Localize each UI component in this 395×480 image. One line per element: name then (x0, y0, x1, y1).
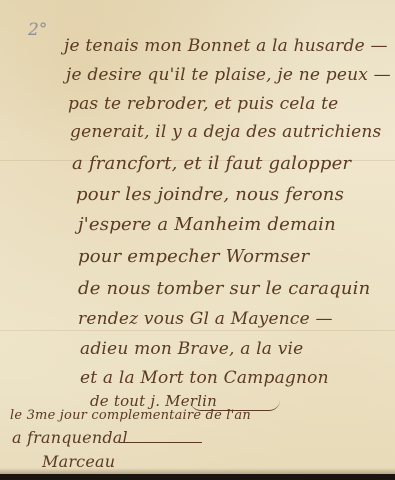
letter-line: je desire qu'il te plaise, je ne peux — (66, 65, 391, 85)
letter-line: pour les joindre, nous ferons (76, 184, 344, 205)
pencil-page-number: 2° (28, 20, 47, 40)
letter-line: pas te rebroder, et puis cela te (68, 94, 338, 114)
paper-crease (0, 330, 395, 331)
letter-line: j'espere a Manheim demain (78, 214, 336, 235)
letter-line: je tenais mon Bonnet a la husarde — (64, 36, 388, 56)
letter-line: pour empecher Wormser (78, 246, 309, 267)
letter-line: et a la Mort ton Campagnon (80, 368, 329, 388)
letter-page: 2° je tenais mon Bonnet a la husarde — j… (0, 0, 395, 474)
letter-line: generait, il y a deja des autrichiens (70, 122, 381, 142)
date-line: le 3me jour complementaire de l'an (10, 408, 251, 423)
letter-line: a francfort, et il faut galopper (72, 153, 351, 174)
letter-line: de nous tomber sur le caraquin (78, 278, 370, 299)
place-underline (120, 442, 202, 443)
signature: Marceau (42, 452, 115, 471)
letter-line: rendez vous Gl a Mayence — (78, 309, 333, 329)
place-line: a franquendal (12, 428, 128, 447)
letter-line: adieu mon Brave, a la vie (80, 339, 303, 359)
